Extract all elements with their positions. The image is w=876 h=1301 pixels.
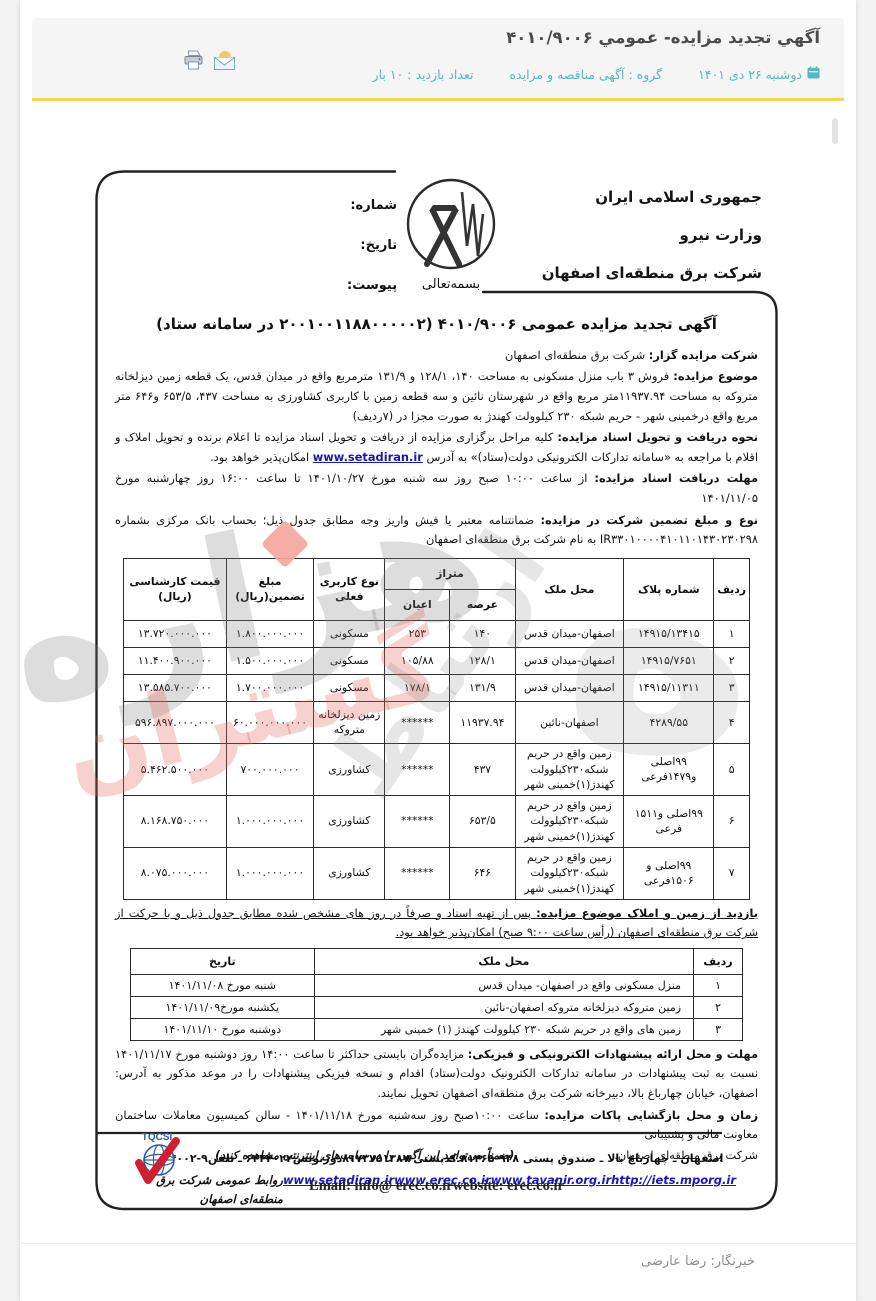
- table-cell: مسکونی: [314, 620, 385, 647]
- paragraph-subject: موضوع مزایده: فروش ۳ باب منزل مسکونی به …: [115, 367, 758, 426]
- table-cell: ۳: [714, 674, 750, 701]
- column-header: محل ملک: [314, 948, 693, 974]
- article-meta: دوشنبه ۲۶ دی ۱۴۰۱ گروه : آگهی مناقصه و م…: [373, 66, 820, 82]
- table-cell: زمین های واقع در حریم شبکه ۲۳۰ کیلوولت ک…: [314, 1018, 693, 1040]
- table-cell: ۱.۷۰۰.۰۰۰.۰۰۰: [226, 674, 313, 701]
- table-cell: ۹۹اصلی و۱۴۷۹فرعی: [624, 743, 714, 795]
- table-cell: ۴۲۸۹/۵۵: [624, 701, 714, 743]
- article-visits: تعداد بازدید : ۱۰ بار: [373, 67, 474, 82]
- table-cell: ۹۹اصلی و۱۵۱۱ فرعی: [624, 795, 714, 847]
- table-cell: مسکونی: [314, 674, 385, 701]
- column-header: شماره پلاک: [624, 558, 714, 620]
- paragraph-auctioneer: شرکت مزایده گزار: شرکت برق منطقه‌ای اصفه…: [115, 346, 758, 366]
- table-cell: ۱.۰۰۰.۰۰۰.۰۰۰: [226, 847, 313, 899]
- table-cell: زمین واقع در حریم شبکه۲۳۰کیلوولت کهندژ(۱…: [515, 847, 624, 899]
- setadiran-link[interactable]: www.setadiran.ir: [313, 450, 423, 464]
- table-cell: زمین دیزلخانه متروکه: [314, 701, 385, 743]
- table-cell: زمین واقع در حریم شبکه۲۳۰کیلوولت کهندژ(۱…: [515, 743, 624, 795]
- reporter-credit: خبرنگار: رضا عارضی: [641, 1254, 755, 1269]
- auction-table: ردیف شماره پلاک محل ملک متراژ نوع کاربری…: [123, 558, 750, 900]
- table-cell: ۲۵۳: [385, 620, 450, 647]
- auction-table-head: ردیف شماره پلاک محل ملک متراژ نوع کاربری…: [124, 558, 750, 620]
- table-cell: ۱.۸۰۰.۰۰۰.۰۰۰: [226, 620, 313, 647]
- table-cell: کشاورزی: [314, 847, 385, 899]
- table-cell: ۱۱۹۳۷.۹۴: [450, 701, 515, 743]
- table-cell: ۵.۴۶۲.۵۰۰.۰۰۰: [124, 743, 227, 795]
- table-cell: اصفهان-میدان قدس: [515, 647, 624, 674]
- table-cell: ۱۱.۴۰۰.۹۰۰.۰۰۰: [124, 647, 227, 674]
- notice-title: آگهی تجدید مزایده عمومی ۴۰۱۰/۹۰۰۶ (۲۰۰۱۰…: [115, 312, 758, 338]
- table-cell: ۱۳۱/۹: [450, 674, 515, 701]
- table-cell: ۸.۱۶۸.۷۵۰.۰۰۰: [124, 795, 227, 847]
- visit-table-head: ردیف محل ملک تاریخ: [131, 948, 743, 974]
- column-header: قیمت کارشناسی (ریال): [124, 558, 227, 620]
- article-group[interactable]: گروه : آگهی مناقصه و مزایده: [509, 67, 662, 82]
- print-icon[interactable]: [182, 50, 205, 75]
- table-cell: ۹۹اصلی و ۱۵۰۶فرعی: [624, 847, 714, 899]
- paragraph-proposal-deadline: مهلت و محل ارائه پیشنهادات الکترونیکی و …: [115, 1045, 758, 1104]
- table-cell: دوشنبه مورخ ۱۴۰۱/۱۱/۱۰: [131, 1018, 315, 1040]
- table-row: ۳زمین های واقع در حریم شبکه ۲۳۰ کیلوولت …: [131, 1018, 743, 1040]
- table-cell: زمین واقع در حریم شبکه۲۳۰کیلوولت کهندژ(۱…: [515, 795, 624, 847]
- article-header-panel: آگهي تجديد مزايده- عمومي ۴۰۱۰/۹۰۰۶ دوشنب…: [32, 18, 844, 101]
- table-cell: ۱۴۹۱۵/۷۶۵۱: [624, 647, 714, 674]
- table-row: ۵۹۹اصلی و۱۴۷۹فرعیزمین واقع در حریم شبکه۲…: [124, 743, 750, 795]
- table-cell: ۱.۰۰۰.۰۰۰.۰۰۰: [226, 795, 313, 847]
- svg-text:TQCSI: TQCSI: [142, 1132, 173, 1143]
- column-header: ردیف: [714, 558, 750, 620]
- table-row: ۱منزل مسکونی واقع در اصفهان- میدان قدسشن…: [131, 974, 743, 996]
- table-cell: یکشنبه مورخ۱۴۰۱/۱۱/۰۹: [131, 996, 315, 1018]
- reporter-separator: [20, 1243, 856, 1244]
- table-cell: ۱۰۵/۸۸: [385, 647, 450, 674]
- table-cell: ۴۳۷: [450, 743, 515, 795]
- paragraph-document-deadline: مهلت دریافت اسناد مزایده: از ساعت ۱۰:۰۰ …: [115, 469, 758, 508]
- auction-table-body: ۱۱۴۹۱۵/۱۳۴۱۵اصفهان-میدان قدس۱۴۰۲۵۳مسکونی…: [124, 620, 750, 899]
- table-cell: ۱۴۹۱۵/۱۱۳۱۱: [624, 674, 714, 701]
- table-cell: شنبه مورخ ۱۴۰۱/۱۱/۰۸: [131, 974, 315, 996]
- table-cell: ۶۴۶: [450, 847, 515, 899]
- table-row: ۳۱۴۹۱۵/۱۱۳۱۱اصفهان-میدان قدس۱۳۱/۹۱۷۸/۱مس…: [124, 674, 750, 701]
- table-cell: ******: [385, 847, 450, 899]
- paragraph-document-delivery: نحوه دریافت و تحویل اسناد مزایده: کلیه م…: [115, 428, 758, 467]
- table-cell: اصفهان-میدان قدس: [515, 674, 624, 701]
- table-cell: ۱۴۹۱۵/۱۳۴۱۵: [624, 620, 714, 647]
- paragraph-site-visit: بازدید از زمین و املاک موضوع مزایده: پس …: [115, 904, 758, 943]
- table-cell: ۵: [714, 743, 750, 795]
- table-cell: ۱۳.۷۲۰.۰۰۰.۰۰۰: [124, 620, 227, 647]
- table-row: ۶۹۹اصلی و۱۵۱۱ فرعیزمین واقع در حریم شبکه…: [124, 795, 750, 847]
- column-header: ردیف: [694, 948, 743, 974]
- column-header: اعیان: [385, 589, 450, 620]
- table-cell: ******: [385, 701, 450, 743]
- table-cell: منزل مسکونی واقع در اصفهان- میدان قدس: [314, 974, 693, 996]
- company-email-line: Email: info@ erec.co.irwebsite: erec.co.…: [95, 1178, 778, 1195]
- article-date: دوشنبه ۲۶ دی ۱۴۰۱: [698, 66, 820, 82]
- notice-body: آگهی تجدید مزایده عمومی ۴۰۱۰/۹۰۰۶ (۲۰۰۱۰…: [95, 170, 778, 1210]
- scrollbar-thumb[interactable]: [832, 118, 838, 144]
- column-header: نوع کاربری فعلی: [314, 558, 385, 620]
- table-cell: اصفهان-میدان قدس: [515, 620, 624, 647]
- column-header: مبلغ تضمین(ریال): [226, 558, 313, 620]
- table-cell: کشاورزی: [314, 795, 385, 847]
- company-address: اصفهان ـ چهارباغ بالا ـ صندوق پستی ۹۴۸-۸…: [95, 1152, 778, 1165]
- table-cell: مسکونی: [314, 647, 385, 674]
- table-cell: ۶۰.۰۰۰.۰۰۰.۰۰۰: [226, 701, 313, 743]
- column-header: عرصه: [450, 589, 515, 620]
- iban-number: IR۳۳۰۱۰۰۰۰۴۱۰۱۱۰۱۴۳۰۲۳۰۲۹۸: [600, 532, 758, 546]
- table-row: ۱۱۴۹۱۵/۱۳۴۱۵اصفهان-میدان قدس۱۴۰۲۵۳مسکونی…: [124, 620, 750, 647]
- table-cell: ۱۴۰: [450, 620, 515, 647]
- column-header: متراژ: [385, 558, 515, 589]
- table-row: ۷۹۹اصلی و ۱۵۰۶فرعیزمین واقع در حریم شبکه…: [124, 847, 750, 899]
- column-header: تاریخ: [131, 948, 315, 974]
- table-row: ۲۱۴۹۱۵/۷۶۵۱اصفهان-میدان قدس۱۲۸/۱۱۰۵/۸۸مس…: [124, 647, 750, 674]
- table-cell: ۶: [714, 795, 750, 847]
- table-cell: ۵۹۶.۸۹۷.۰۰۰.۰۰۰: [124, 701, 227, 743]
- table-cell: ۱۷۸/۱: [385, 674, 450, 701]
- table-cell: ******: [385, 795, 450, 847]
- table-cell: ۸.۰۷۵.۰۰۰.۰۰۰: [124, 847, 227, 899]
- table-cell: ۴: [714, 701, 750, 743]
- table-cell: زمین متروکه دیزلخانه متروکه اصفهان-نائین: [314, 996, 693, 1018]
- paragraph-guarantee: نوع و مبلغ تضمین شرکت در مزایده: ضمانتنا…: [115, 511, 758, 550]
- table-row: ۲زمین متروکه دیزلخانه متروکه اصفهان-نائی…: [131, 996, 743, 1018]
- article-title: آگهي تجديد مزايده- عمومي ۴۰۱۰/۹۰۰۶: [506, 28, 820, 47]
- email-icon[interactable]: [212, 50, 237, 75]
- table-cell: ******: [385, 743, 450, 795]
- calendar-icon: [807, 66, 820, 82]
- table-cell: ۱۳.۵۸۵.۷۰۰.۰۰۰: [124, 674, 227, 701]
- table-cell: ۱۲۸/۱: [450, 647, 515, 674]
- table-cell: کشاورزی: [314, 743, 385, 795]
- table-cell: ۳: [694, 1018, 743, 1040]
- page: آگهي تجديد مزايده- عمومي ۴۰۱۰/۹۰۰۶ دوشنب…: [0, 0, 876, 1301]
- scanned-notice-document: جمهوری اسلامی ایران وزارت نیرو شرکت برق …: [95, 170, 778, 1211]
- table-cell: ۱: [714, 620, 750, 647]
- table-cell: اصفهان-نائین: [515, 701, 624, 743]
- table-row: ۴۴۲۸۹/۵۵اصفهان-نائین۱۱۹۳۷.۹۴******زمین د…: [124, 701, 750, 743]
- table-cell: ۶۵۳/۵: [450, 795, 515, 847]
- table-cell: ۷۰۰.۰۰۰.۰۰۰: [226, 743, 313, 795]
- table-cell: ۲: [714, 647, 750, 674]
- visit-table: ردیف محل ملک تاریخ ۱منزل مسکونی واقع در …: [130, 948, 743, 1041]
- table-cell: ۷: [714, 847, 750, 899]
- table-cell: ۱: [694, 974, 743, 996]
- visit-table-body: ۱منزل مسکونی واقع در اصفهان- میدان قدسشن…: [131, 974, 743, 1040]
- tqcsi-certification-logo: TQCSI: [133, 1130, 181, 1188]
- paragraph-envelope-opening: زمان و محل بازگشایی پاکات مزایده: ساعت ۱…: [115, 1106, 758, 1145]
- table-cell: ۲: [694, 996, 743, 1018]
- article-actions: [182, 50, 237, 75]
- table-cell: ۱.۵۰۰.۰۰۰.۰۰۰: [226, 647, 313, 674]
- column-header: محل ملک: [515, 558, 624, 620]
